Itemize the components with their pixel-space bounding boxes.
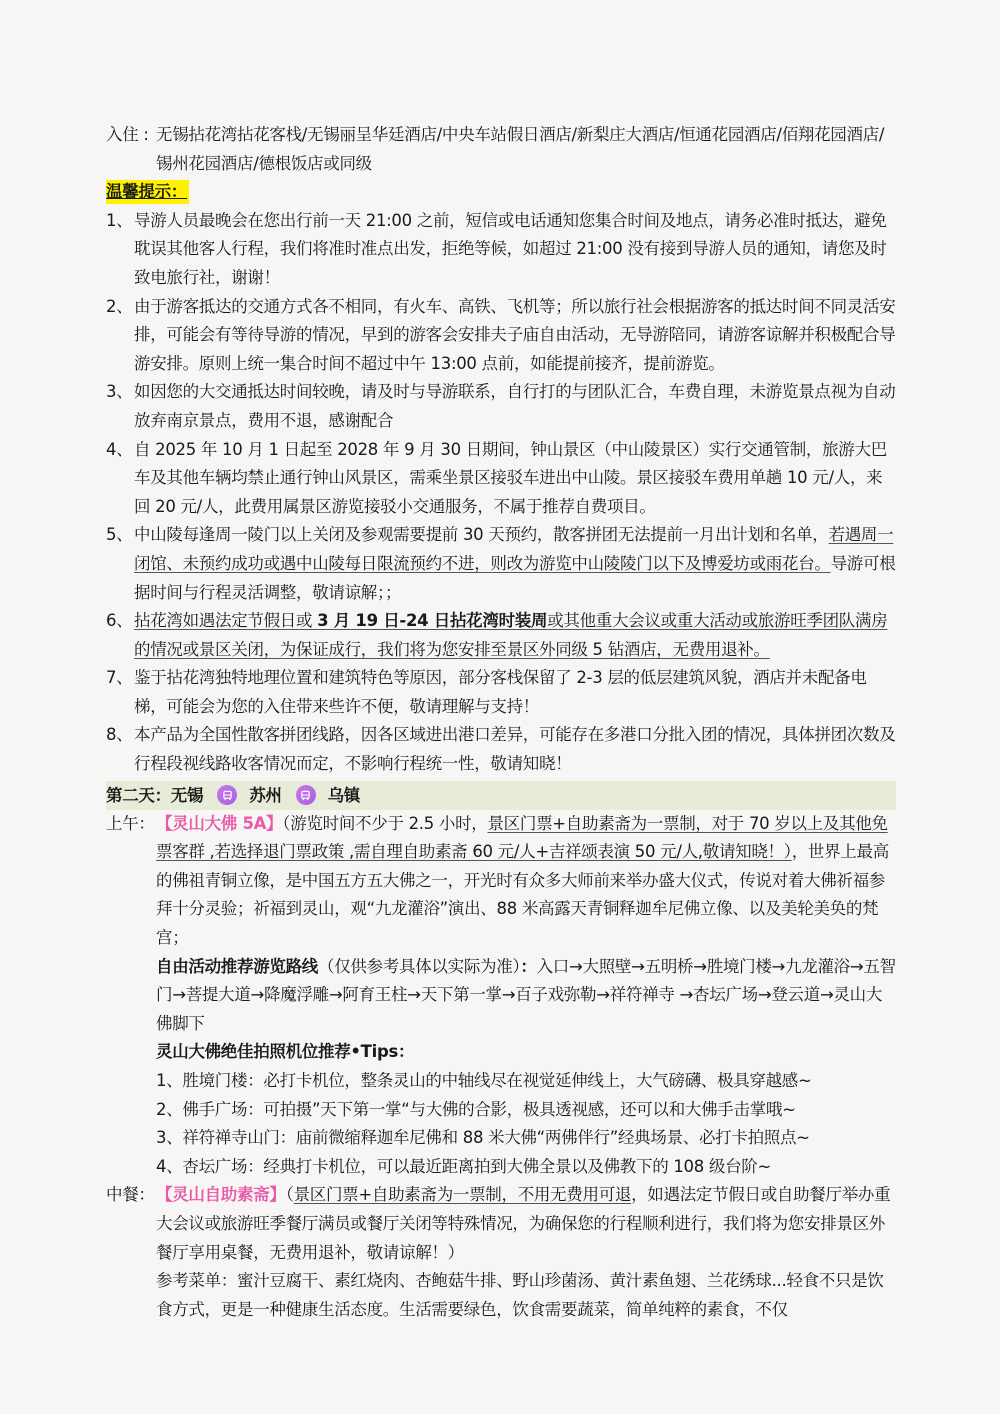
attraction-name: 【灵山大佛 5A】 bbox=[156, 814, 282, 833]
route-colon: ： bbox=[520, 957, 536, 976]
tip-text: 拈花湾如遇法定节假日或 bbox=[134, 611, 317, 630]
bus-icon bbox=[296, 785, 316, 805]
tip-text: 中山陵每逢周一陵门以上关闭及参观需要提前 30 天预约，散客拼团无法提前一月出计… bbox=[134, 525, 829, 544]
tip-number: 4、 bbox=[106, 436, 134, 465]
day-header: 第二天：无锡 苏州 乌镇 bbox=[106, 781, 896, 810]
tip-text-bold: 3 月 19 日-24 日拈花湾时装周 bbox=[317, 611, 547, 630]
photo-spot: 4、杏坛广场：经典打卡机位，可以最近距离拍到大佛全景以及佛教下的 108 级台阶… bbox=[106, 1153, 896, 1182]
lunch-label: 中餐： bbox=[106, 1181, 156, 1210]
lunch-section: 中餐：【灵山自助素斋】（景区门票+自助素斋为一票制，不用无费用可退，如遇法定节假… bbox=[106, 1181, 896, 1267]
tip-text: 如因您的大交通抵达时间较晚，请及时与导游联系，自行打的与团队汇合，车费自理，未游… bbox=[134, 382, 895, 430]
tip-item: 2、由于游客抵达的交通方式各不相同，有火车、高铁、飞机等；所以旅行社会根据游客的… bbox=[106, 293, 896, 379]
accommodation-label: 入住 : bbox=[106, 121, 156, 150]
accommodation: 入住 :无锡拈花湾拈花客栈/无锡丽呈华廷酒店/中央车站假日酒店/新梨庄大酒店/恒… bbox=[106, 121, 896, 178]
route-note: （仅供参考具体以实际为准） bbox=[318, 957, 520, 976]
tip-item: 1、导游人员最晚会在您出行前一天 21:00 之前，短信或电话通知您集合时间及地… bbox=[106, 207, 896, 293]
photo-spot: 1、胜境门楼：必打卡机位，整条灵山的中轴线尽在视觉延伸线上，大气磅礴、极具穿越感… bbox=[106, 1067, 896, 1096]
menu-text: 参考菜单：蜜汁豆腐干、素红烧肉、杏鲍菇牛排、野山珍菌汤、黄汁素鱼翅、兰花绣球..… bbox=[106, 1267, 896, 1324]
day-stop: 乌镇 bbox=[328, 781, 360, 810]
tip-text: 导游人员最晚会在您出行前一天 21:00 之前，短信或电话通知您集合时间及地点，… bbox=[134, 211, 887, 287]
route-section: 自由活动推荐游览路线（仅供参考具体以实际为准）：入口→大照壁→五明桥→胜境门楼→… bbox=[106, 953, 896, 1039]
tip-number: 8、 bbox=[106, 721, 134, 750]
tip-item: 4、自 2025 年 10 月 1 日起至 2028 年 9 月 30 日期间，… bbox=[106, 436, 896, 522]
tip-number: 1、 bbox=[106, 207, 134, 236]
bus-icon bbox=[217, 785, 237, 805]
tip-number: 6、 bbox=[106, 607, 134, 636]
tip-text: 自 2025 年 10 月 1 日起至 2028 年 9 月 30 日期间，钟山… bbox=[134, 440, 887, 516]
tip-item: 3、如因您的大交通抵达时间较晚，请及时与导游联系，自行打的与团队汇合，车费自理，… bbox=[106, 378, 896, 435]
tips-heading: 温馨提示： bbox=[106, 180, 189, 204]
photo-spot: 2、佛手广场：可拍摄”天下第一掌“与大佛的合影，极具透视感，还可以和大佛手击掌哦… bbox=[106, 1096, 896, 1125]
day-label: 第二天：无锡 bbox=[106, 781, 203, 810]
lunch-note: （ bbox=[286, 1185, 294, 1204]
route-title: 自由活动推荐游览路线 bbox=[156, 957, 318, 976]
lunch-note-underlined: 景区门票+自助素斋为一票制，不用无费用可退 bbox=[294, 1185, 632, 1204]
photo-tips-title: 灵山大佛绝佳拍照机位推荐•Tips： bbox=[106, 1038, 896, 1067]
tip-text: 鉴于拈花湾独特地理位置和建筑特色等原因，部分客栈保留了 2-3 层的低层建筑风貌… bbox=[134, 668, 867, 716]
day-stop: 苏州 bbox=[249, 781, 281, 810]
tip-number: 7、 bbox=[106, 664, 134, 693]
tip-text: 本产品为全国性散客拼团线路，因各区域进出港口差异，可能存在多港口分批入团的情况，… bbox=[134, 725, 895, 773]
tip-text: 由于游客抵达的交通方式各不相同，有火车、高铁、飞机等；所以旅行社会根据游客的抵达… bbox=[134, 297, 895, 373]
morning-section: 上午：【灵山大佛 5A】（游览时间不少于 2.5 小时，景区门票+自助素斋为一票… bbox=[106, 810, 896, 953]
morning-label: 上午： bbox=[106, 810, 156, 839]
tips-heading-row: 温馨提示： bbox=[106, 178, 896, 207]
tip-number: 5、 bbox=[106, 521, 134, 550]
tip-number: 2、 bbox=[106, 293, 134, 322]
tip-item: 6、拈花湾如遇法定节假日或 3 月 19 日-24 日拈花湾时装周或其他重大会议… bbox=[106, 607, 896, 664]
tip-item: 7、鉴于拈花湾独特地理位置和建筑特色等原因，部分客栈保留了 2-3 层的低层建筑… bbox=[106, 664, 896, 721]
photo-spot: 3、祥符禅寺山门：庙前微缩释迦牟尼佛和 88 米大佛“两佛伴行”经典场景、必打卡… bbox=[106, 1124, 896, 1153]
restaurant-name: 【灵山自助素斋】 bbox=[156, 1185, 286, 1204]
accommodation-text: 无锡拈花湾拈花客栈/无锡丽呈华廷酒店/中央车站假日酒店/新梨庄大酒店/恒通花园酒… bbox=[156, 125, 884, 173]
morning-note: （游览时间不少于 2.5 小时， bbox=[282, 814, 487, 833]
tip-number: 3、 bbox=[106, 378, 134, 407]
itinerary-page: 入住 :无锡拈花湾拈花客栈/无锡丽呈华廷酒店/中央车站假日酒店/新梨庄大酒店/恒… bbox=[106, 121, 896, 1324]
tip-item: 5、中山陵每逢周一陵门以上关闭及参观需要提前 30 天预约，散客拼团无法提前一月… bbox=[106, 521, 896, 607]
tip-item: 8、本产品为全国性散客拼团线路，因各区域进出港口差异，可能存在多港口分批入团的情… bbox=[106, 721, 896, 778]
